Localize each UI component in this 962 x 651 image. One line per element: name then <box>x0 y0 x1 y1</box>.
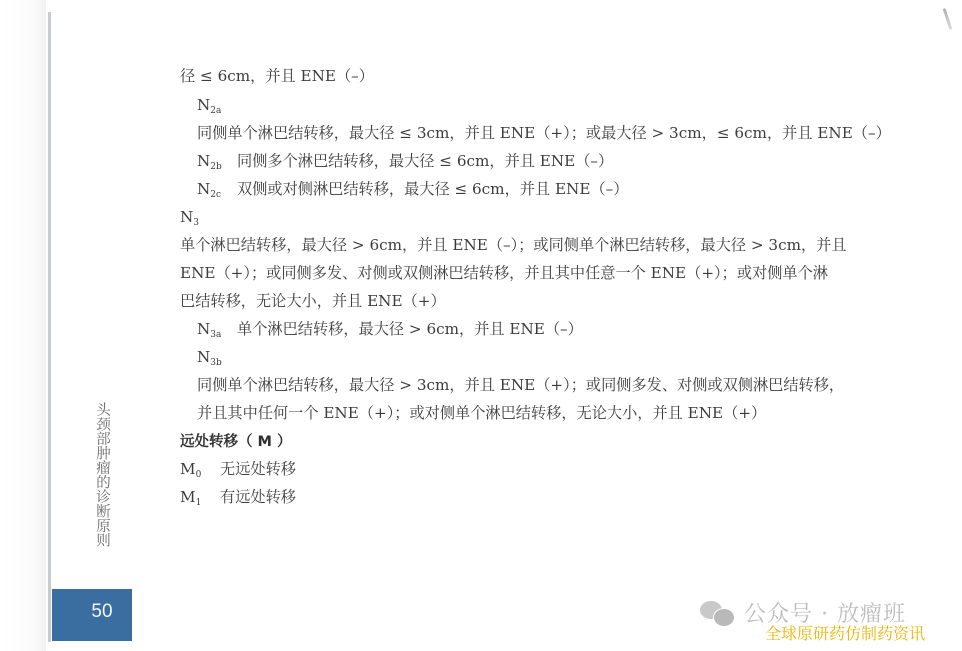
stage-n3-label: N3 <box>180 203 199 231</box>
line-text: 并且其中任何一个 ENE（+）；或对侧单个淋巴结转移，无论大小，并且 ENE（+… <box>197 404 766 422</box>
stage-n2a-description: 同侧单个淋巴结转移，最大径 ≤ 3cm，并且 ENE（+）；或最大径 > 3cm… <box>197 119 891 147</box>
line-text: ENE（+）；或同侧多发、对侧或双侧淋巴结转移，并且其中任意一个 ENE（+）；… <box>180 264 828 282</box>
stage-n3a: N3a单个淋巴结转移，最大径 > 6cm，并且 ENE（–） <box>197 315 583 343</box>
line-text: 巴结转移，无论大小，并且 ENE（+） <box>180 292 446 310</box>
stage-m1: M1有远处转移 <box>180 483 296 511</box>
stage-n2a-label: N2a <box>197 91 221 119</box>
stage-n3-description-3: 巴结转移，无论大小，并且 ENE（+） <box>180 287 446 315</box>
page-number-box: 50 <box>52 589 132 641</box>
stage-code: N2c <box>197 175 237 203</box>
text-line-continuation: 径 ≤ 6cm，并且 ENE（–） <box>180 62 374 90</box>
line-text: 同侧单个淋巴结转移，最大径 > 3cm，并且 ENE（+）；或同侧多发、对侧或双… <box>197 376 844 394</box>
page-number: 50 <box>71 601 112 629</box>
line-text: 同侧多个淋巴结转移，最大径 ≤ 6cm，并且 ENE（–） <box>237 152 613 170</box>
chapter-side-title: 头颈部肿瘤的诊断原则 <box>92 402 110 547</box>
stage-code: N3b <box>197 348 222 366</box>
stage-code: N3 <box>180 208 199 226</box>
stage-n2b: N2b同侧多个淋巴结转移，最大径 ≤ 6cm，并且 ENE（–） <box>197 147 613 175</box>
line-text: 单个淋巴结转移，最大径 > 6cm，并且 ENE（–） <box>237 320 583 338</box>
stage-n2c: N2c双侧或对侧淋巴结转移，最大径 ≤ 6cm，并且 ENE（–） <box>197 175 628 203</box>
line-text: 有远处转移 <box>220 488 296 506</box>
page-spine-line <box>48 12 51 642</box>
stage-code: N3a <box>197 315 237 343</box>
stage-n3b-description-2: 并且其中任何一个 ENE（+）；或对侧单个淋巴结转移，无论大小，并且 ENE（+… <box>197 399 766 427</box>
heading-text: 远处转移（ M ） <box>180 434 292 450</box>
scan-corner-mark <box>943 8 953 30</box>
stage-code: N2b <box>197 147 237 175</box>
stage-n3b-description-1: 同侧单个淋巴结转移，最大径 > 3cm，并且 ENE（+）；或同侧多发、对侧或双… <box>197 371 844 399</box>
section-heading-distant-metastasis: 远处转移（ M ） <box>180 427 292 456</box>
line-text: 单个淋巴结转移，最大径 > 6cm，并且 ENE（–）；或同侧单个淋巴结转移，最… <box>180 236 847 254</box>
stage-code: M1 <box>180 483 220 511</box>
line-text: 双侧或对侧淋巴结转移，最大径 ≤ 6cm，并且 ENE（–） <box>237 180 628 198</box>
line-text: 径 ≤ 6cm，并且 ENE（–） <box>180 67 374 85</box>
line-text: 无远处转移 <box>220 460 296 478</box>
page-gutter-shadow <box>0 0 46 651</box>
wechat-icon <box>700 599 736 627</box>
stage-m0: M0无远处转移 <box>180 455 296 483</box>
stage-code: N2a <box>197 96 221 114</box>
line-text: 同侧单个淋巴结转移，最大径 ≤ 3cm，并且 ENE（+）；或最大径 > 3cm… <box>197 124 891 142</box>
stage-n3-description-1: 单个淋巴结转移，最大径 > 6cm，并且 ENE（–）；或同侧单个淋巴结转移，最… <box>180 231 847 259</box>
stage-n3b-label: N3b <box>197 343 222 371</box>
watermark-subtext: 全球原研药仿制药资讯 <box>765 621 925 644</box>
stage-n3-description-2: ENE（+）；或同侧多发、对侧或双侧淋巴结转移，并且其中任意一个 ENE（+）；… <box>180 259 828 287</box>
stage-code: M0 <box>180 455 220 483</box>
